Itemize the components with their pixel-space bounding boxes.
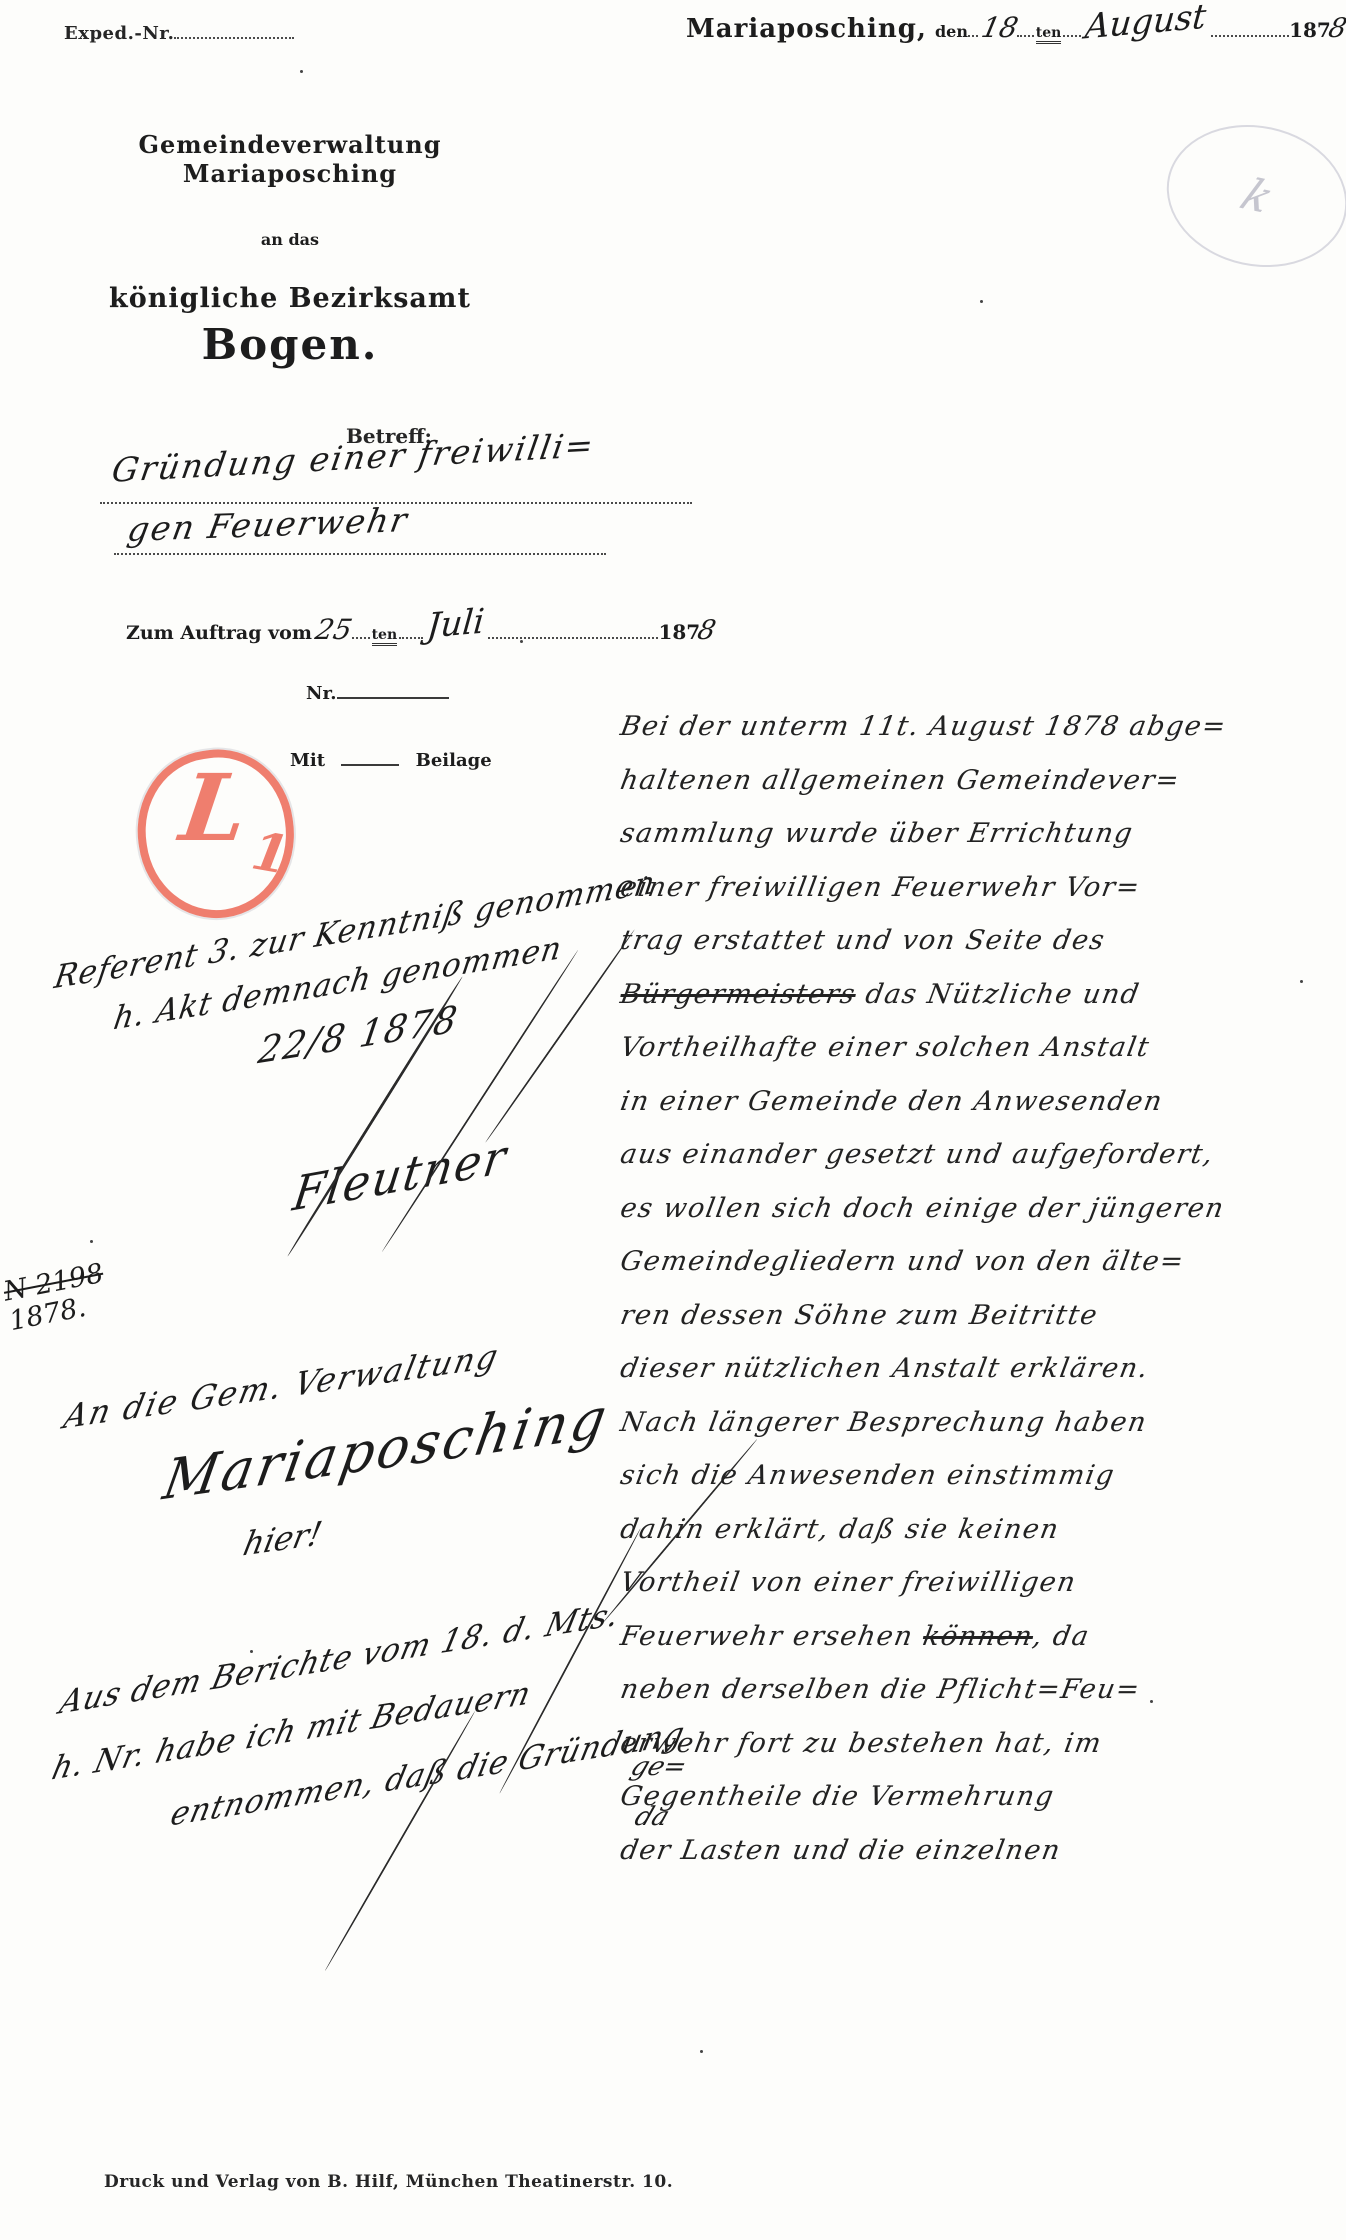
handwritten-line: Bei der unterm 11t. August 1878 abge= bbox=[616, 700, 1346, 754]
dateline: Mariaposching, den 18 ten August 1878 bbox=[686, 6, 1346, 46]
speck bbox=[980, 300, 983, 303]
red-number-1: 1 bbox=[248, 825, 293, 882]
mit-label: Mit bbox=[290, 750, 325, 771]
dateline-den: den bbox=[935, 22, 968, 41]
speck bbox=[90, 1240, 93, 1243]
speck bbox=[520, 640, 523, 643]
beilage-label: Beilage bbox=[416, 750, 492, 771]
red-letter-l: L bbox=[176, 762, 254, 854]
auftrag-dots bbox=[352, 620, 370, 639]
speck bbox=[300, 70, 303, 73]
dateline-dots bbox=[1063, 18, 1081, 37]
handwritten-line: erwehr fort zu bestehen hat, im bbox=[616, 1717, 1346, 1771]
sender-name: Gemeindeverwaltung Mariaposching bbox=[80, 130, 500, 188]
dateline-dots bbox=[1211, 18, 1290, 37]
beilage-blank bbox=[341, 745, 399, 766]
auftrag-dots bbox=[488, 620, 658, 639]
exped-nr-label: Exped.-Nr. bbox=[64, 23, 174, 44]
handwritten-line: ren dessen Söhne zum Beitritte bbox=[616, 1289, 1346, 1343]
recipient-town: Bogen. bbox=[80, 320, 500, 369]
printer-imprint: Druck und Verlag von B. Hilf, München Th… bbox=[104, 2172, 673, 2192]
handwritten-line: dahin erklärt, daß sie keinen bbox=[616, 1503, 1346, 1557]
auftrag-dots bbox=[399, 620, 423, 639]
speck bbox=[250, 1650, 253, 1653]
auftrag-year-printed: 187 bbox=[658, 620, 700, 644]
handwritten-line: der Lasten und die einzelnen bbox=[616, 1824, 1346, 1878]
handwritten-line: sammlung wurde über Errichtung bbox=[616, 807, 1346, 861]
handwritten-line: Vortheilhafte einer solchen Anstalt bbox=[616, 1021, 1346, 1075]
handwritten-line: Gemeindegliedern und von den älte= bbox=[616, 1235, 1346, 1289]
handwritten-line: Gegentheile die Vermehrung bbox=[616, 1770, 1346, 1824]
handwritten-line: sich die Anwesenden einstimmig bbox=[616, 1449, 1346, 1503]
speck bbox=[1300, 980, 1303, 983]
dateline-day-handwritten: 18 bbox=[978, 11, 1021, 44]
dateline-dots bbox=[1017, 18, 1033, 37]
exped-nr-field: Exped.-Nr. bbox=[64, 18, 294, 44]
nr-label: Nr. bbox=[306, 683, 337, 704]
dateline-ten-suffix: ten bbox=[1036, 25, 1062, 44]
pencil-circle-mark: k bbox=[1153, 109, 1346, 284]
pencil-letter: k bbox=[1232, 170, 1282, 223]
disposal-note-block: Referent 3. zur Kenntniß genommen h. Akt… bbox=[52, 865, 675, 1101]
nr-blank bbox=[337, 678, 449, 699]
letterhead: Gemeindeverwaltung Mariaposching an das … bbox=[80, 130, 500, 369]
dateline-place: Mariaposching, bbox=[686, 14, 927, 44]
handwritten-line: Bürgermeisters das Nützliche und bbox=[616, 968, 1346, 1022]
handwritten-line: neben derselben die Pflicht=Feu= bbox=[616, 1663, 1346, 1717]
auftrag-row: Zum Auftrag vom 25 ten Juli 1878 bbox=[126, 608, 715, 648]
margin-number-note: N 2198 1878. bbox=[1, 1259, 112, 1337]
scanned-letter-page: Exped.-Nr. Mariaposching, den 18 ten Aug… bbox=[0, 0, 1346, 2240]
auftrag-month-handwritten: Juli bbox=[425, 601, 486, 646]
handwritten-line: in einer Gemeinde den Anwesenden bbox=[616, 1075, 1346, 1129]
exped-nr-blank bbox=[174, 18, 294, 39]
recipient-office: königliche Bezirksamt bbox=[80, 283, 500, 314]
address-note-block: An die Gem. Verwaltung Mariaposching hie… bbox=[62, 1323, 621, 1585]
auftrag-day-handwritten: 25 bbox=[312, 613, 355, 646]
address-line: hier! bbox=[240, 1513, 326, 1563]
nr-row: Nr. bbox=[306, 678, 449, 704]
speck bbox=[700, 2050, 703, 2053]
dateline-dots bbox=[968, 18, 978, 37]
handwritten-line: trag erstattet und von Seite des bbox=[616, 914, 1346, 968]
speck bbox=[1150, 1700, 1153, 1703]
reply-remark-block: Aus dem Berichte vom 18. d. Mts. h. Nr. … bbox=[40, 1590, 687, 1850]
handwritten-line: dieser nützlichen Anstalt erklären. bbox=[616, 1342, 1346, 1396]
auftrag-ten-suffix: ten bbox=[372, 627, 398, 646]
an-das: an das bbox=[80, 230, 500, 249]
official-signature: Fleutner bbox=[290, 1128, 511, 1222]
handwritten-line: Nach längerer Besprechung haben bbox=[616, 1396, 1346, 1450]
handwritten-line: es wollen sich doch einige der jüngeren bbox=[616, 1182, 1346, 1236]
handwritten-line: aus einander gesetzt und aufgefordert, bbox=[616, 1128, 1346, 1182]
handwritten-line: Vortheil von einer freiwilligen bbox=[616, 1556, 1346, 1610]
handwritten-line: Feuerwehr ersehen können, da bbox=[616, 1610, 1346, 1664]
auftrag-label: Zum Auftrag vom bbox=[126, 622, 312, 644]
handwritten-line: haltenen allgemeinen Gemeindever= bbox=[616, 754, 1346, 808]
beilage-row: Mit Beilage bbox=[290, 745, 492, 771]
betreff-rule-2 bbox=[114, 553, 606, 555]
handwritten-body: Bei der unterm 11t. August 1878 abge=hal… bbox=[616, 700, 1346, 1877]
betreff-handwritten-line2: gen Feuerwehr bbox=[125, 500, 412, 549]
dateline-year-printed: 187 bbox=[1289, 18, 1331, 42]
handwritten-line: einer freiwilligen Feuerwehr Vor= bbox=[616, 861, 1346, 915]
dateline-month-handwritten: August bbox=[1084, 0, 1208, 48]
